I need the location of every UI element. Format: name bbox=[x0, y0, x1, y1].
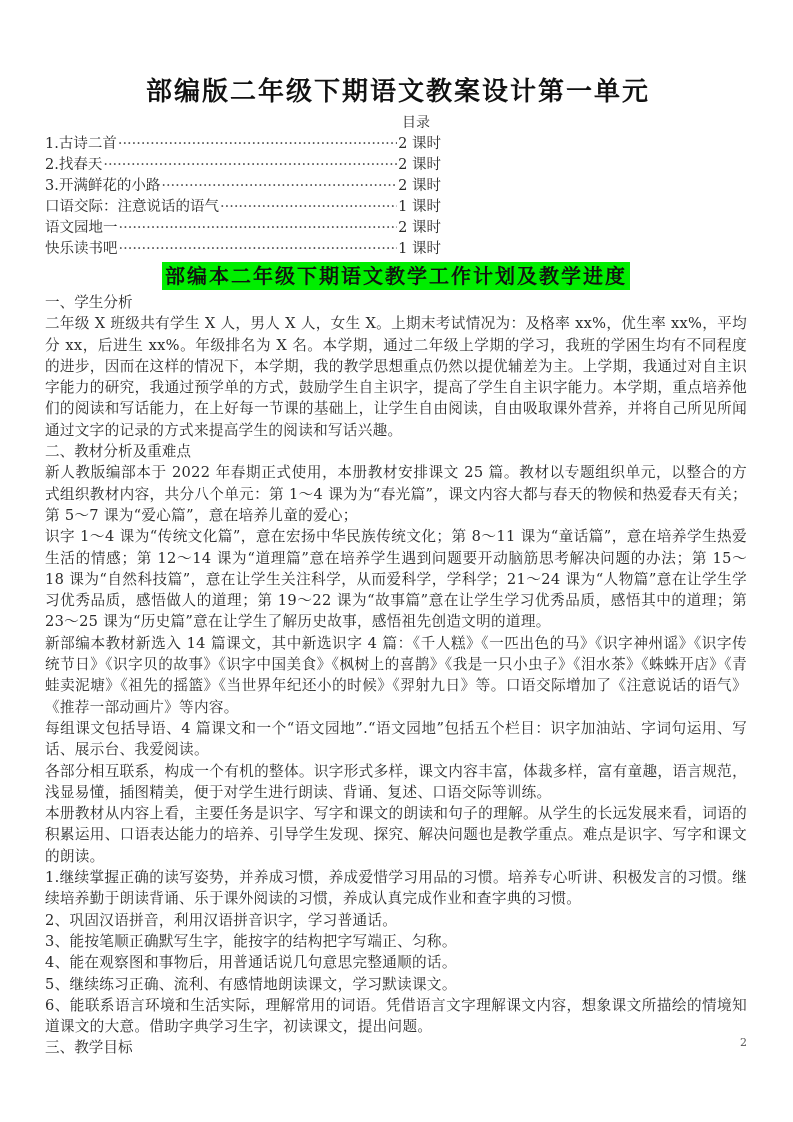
toc-entry-hours: 1 课时 bbox=[398, 239, 441, 260]
toc-entry-label: 3.开满鲜花的小路 bbox=[45, 176, 160, 197]
toc-entry: 2.找春天 2 课时 bbox=[45, 155, 441, 176]
goal-item: 6、能联系语言环境和生活实际，理解常用的词语。凭借语言文字理解课文内容，想象课文… bbox=[45, 995, 747, 1038]
paragraph: 本册教材从内容上看，主要任务是识字、写字和课文的朗读和句子的理解。从学生的长远发… bbox=[45, 803, 747, 867]
toc-entry: 快乐读书吧 1 课时 bbox=[45, 239, 441, 260]
toc-entry-label: 口语交际：注意说话的语气 bbox=[45, 197, 219, 218]
toc-entry-hours: 2 课时 bbox=[398, 134, 441, 155]
paragraph: 每组课文包括导语、4 篇课文和一个“语文园地”.“语文园地”包括五个栏目：识字加… bbox=[45, 718, 747, 761]
page-number: 2 bbox=[740, 1036, 747, 1049]
toc-entry: 语文园地一 2 课时 bbox=[45, 218, 441, 239]
highlighted-heading: 部编本二年级下期语文教学工作计划及教学进度 bbox=[162, 262, 630, 290]
document-title: 部编版二年级下期语文教案设计第一单元 bbox=[45, 70, 747, 114]
paragraph: 二年级 X 班级共有学生 X 人，男人 X 人，女生 X。上期末考试情况为：及格… bbox=[45, 313, 747, 441]
toc-leader-dots bbox=[220, 197, 397, 218]
toc-entry-hours: 1 课时 bbox=[398, 197, 441, 218]
toc-entry-label: 语文园地一 bbox=[45, 218, 118, 239]
goal-item: 4、能在观察图和事物后，用普通话说几句意思完整通顺的话。 bbox=[45, 952, 747, 973]
paragraph: 新人教版编部本于 2022 年春期正式使用，本册教材安排课文 25 篇。教材以专… bbox=[45, 462, 747, 526]
paragraph: 识字 1～4 课为“传统文化篇”，意在宏扬中华民族传统文化；第 8～11 课为“… bbox=[45, 526, 747, 632]
paragraph: 各部分相互联系，构成一个有机的整体。识字形式多样，课文内容丰富，体裁多样，富有童… bbox=[45, 761, 747, 804]
toc-entry: 口语交际：注意说话的语气 1 课时 bbox=[45, 197, 441, 218]
toc-leader-dots bbox=[103, 155, 397, 176]
toc-entry-hours: 2 课时 bbox=[398, 176, 441, 197]
section-heading-student-analysis: 一、学生分析 bbox=[45, 292, 747, 313]
toc-entry-label: 1.古诗二首 bbox=[45, 134, 117, 155]
toc-entry: 3.开满鲜花的小路 2 课时 bbox=[45, 176, 441, 197]
section-heading-textbook-analysis: 二、教材分析及重难点 bbox=[45, 441, 747, 462]
highlighted-heading-container: 部编本二年级下期语文教学工作计划及教学进度 bbox=[45, 262, 747, 292]
goal-item: 5、继续练习正确、流利、有感情地朗读课文，学习默读课文。 bbox=[45, 974, 747, 995]
goal-item: 2、巩固汉语拼音，利用汉语拼音识字，学习普通话。 bbox=[45, 910, 747, 931]
toc-leader-dots bbox=[161, 176, 397, 197]
toc-leader-dots bbox=[119, 239, 398, 260]
goal-item: 1.继续掌握正确的读写姿势，并养成习惯，养成爱惜学习用品的习惯。培养专心听讲、积… bbox=[45, 867, 747, 910]
toc-leader-dots bbox=[119, 218, 398, 239]
toc-entry-hours: 2 课时 bbox=[398, 218, 441, 239]
table-of-contents: 1.古诗二首 2 课时 2.找春天 2 课时 3.开满鲜花的小路 2 课时 口语… bbox=[45, 134, 441, 260]
toc-entry: 1.古诗二首 2 课时 bbox=[45, 134, 441, 155]
paragraph: 新部编本教材新选入 14 篇课文，其中新选识字 4 篇：《千人糕》《一匹出色的马… bbox=[45, 633, 747, 718]
toc-heading: 目录 bbox=[45, 114, 747, 132]
toc-entry-label: 快乐读书吧 bbox=[45, 239, 118, 260]
document-page: 部编版二年级下期语文教案设计第一单元 目录 1.古诗二首 2 课时 2.找春天 … bbox=[45, 70, 747, 1059]
toc-entry-label: 2.找春天 bbox=[45, 155, 102, 176]
toc-leader-dots bbox=[118, 134, 397, 155]
section-heading-teaching-goals: 三、教学目标 bbox=[45, 1037, 747, 1058]
toc-entry-hours: 2 课时 bbox=[398, 155, 441, 176]
goal-item: 3、能按笔顺正确默写生字，能按字的结构把字写端正、匀称。 bbox=[45, 931, 747, 952]
